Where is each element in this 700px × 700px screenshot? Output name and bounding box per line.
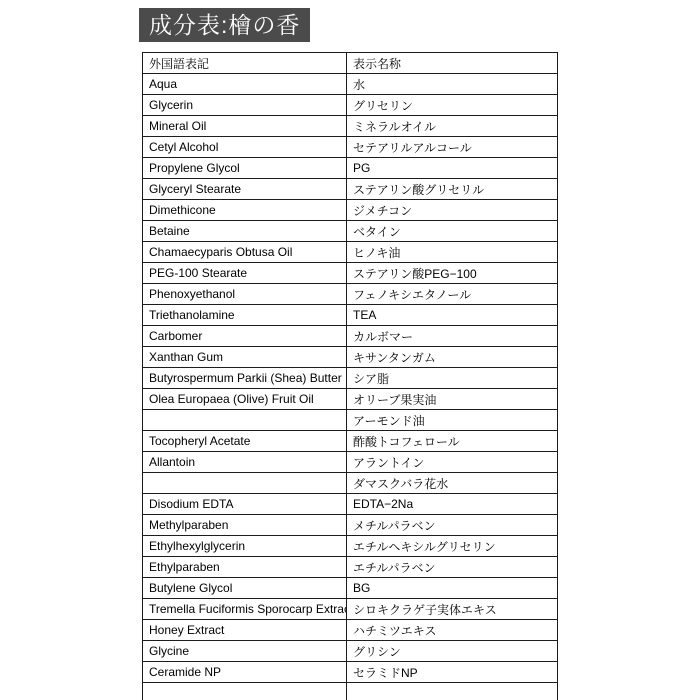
display-name-cell: アラントイン (347, 452, 558, 473)
display-name-cell: ステアリン酸PEG−100 (347, 263, 558, 284)
table-row: Dimethiconeジメチコン (143, 200, 558, 221)
table-row: Allantoinアラントイン (143, 452, 558, 473)
display-name-cell: フェノキシエタノール (347, 284, 558, 305)
table-row: Butyrospermum Parkii (Shea) Butterシア脂 (143, 368, 558, 389)
table-row: Aqua水 (143, 74, 558, 95)
foreign-name-cell: Glyceryl Stearate (143, 179, 347, 200)
foreign-name-cell: Ethylhexylglycerin (143, 536, 347, 557)
table-row: Honey Extractハチミツエキス (143, 620, 558, 641)
table-row: Ethylparabenエチルパラベン (143, 557, 558, 578)
table-row: Tremella Fuciformis Sporocarp Extractシロキ… (143, 599, 558, 620)
display-name-cell: カルボマー (347, 326, 558, 347)
table-row: アーモンド油 (143, 410, 558, 431)
display-name-cell: ハチミツエキス (347, 620, 558, 641)
foreign-name-cell: Xanthan Gum (143, 347, 347, 368)
display-name-cell: シア脂 (347, 368, 558, 389)
display-name-cell: メチルパラベン (347, 515, 558, 536)
table-row: Ceramide NPセラミドNP (143, 662, 558, 683)
table-row: Chamaecyparis Obtusa Oilヒノキ油 (143, 242, 558, 263)
foreign-name-cell: Betaine (143, 221, 347, 242)
foreign-name-cell: Honey Extract (143, 620, 347, 641)
foreign-name-cell: Ceramide NP (143, 662, 347, 683)
table-row: Propylene GlycolPG (143, 158, 558, 179)
foreign-name-cell (143, 683, 347, 700)
display-name-cell: ダマスクバラ花水 (347, 473, 558, 494)
display-name-cell: 酢酸トコフェロール (347, 431, 558, 452)
table-row: PEG-100 Stearateステアリン酸PEG−100 (143, 263, 558, 284)
foreign-name-cell (143, 410, 347, 431)
display-name-cell: エチルヘキシルグリセリン (347, 536, 558, 557)
display-name-cell: 水 (347, 74, 558, 95)
display-name-cell: ヒノキ油 (347, 242, 558, 263)
table-header-row: 外国語表記 表示名称 (143, 53, 558, 74)
table-row: Glycerinグリセリン (143, 95, 558, 116)
foreign-name-cell: Ethylparaben (143, 557, 347, 578)
table-row: Disodium EDTAEDTA−2Na (143, 494, 558, 515)
table-row: Methylparabenメチルパラベン (143, 515, 558, 536)
table-row: Tocopheryl Acetate酢酸トコフェロール (143, 431, 558, 452)
foreign-name-cell: Phenoxyethanol (143, 284, 347, 305)
foreign-name-cell: Propylene Glycol (143, 158, 347, 179)
display-name-cell: EDTA−2Na (347, 494, 558, 515)
foreign-name-cell: Olea Europaea (Olive) Fruit Oil (143, 389, 347, 410)
foreign-name-cell: Butyrospermum Parkii (Shea) Butter (143, 368, 347, 389)
display-name-cell: PG (347, 158, 558, 179)
display-name-cell: ジメチコン (347, 200, 558, 221)
display-name-cell: セテアリルアルコール (347, 137, 558, 158)
foreign-name-cell: Glycerin (143, 95, 347, 116)
table-row-partial (143, 683, 558, 700)
table-row: Olea Europaea (Olive) Fruit Oilオリーブ果実油 (143, 389, 558, 410)
display-name-cell: キサンタンガム (347, 347, 558, 368)
foreign-name-cell: Butylene Glycol (143, 578, 347, 599)
column-header-display-name: 表示名称 (347, 53, 558, 74)
foreign-name-cell: Chamaecyparis Obtusa Oil (143, 242, 347, 263)
ingredient-table: 外国語表記 表示名称 Aqua水GlycerinグリセリンMineral Oil… (142, 52, 558, 700)
foreign-name-cell: Glycine (143, 641, 347, 662)
table-row: Ethylhexylglycerinエチルヘキシルグリセリン (143, 536, 558, 557)
foreign-name-cell: Mineral Oil (143, 116, 347, 137)
foreign-name-cell: Allantoin (143, 452, 347, 473)
display-name-cell: グリセリン (347, 95, 558, 116)
foreign-name-cell: Disodium EDTA (143, 494, 347, 515)
foreign-name-cell: PEG-100 Stearate (143, 263, 347, 284)
table-row: Betaineベタイン (143, 221, 558, 242)
table-row: Glycineグリシン (143, 641, 558, 662)
foreign-name-cell: Dimethicone (143, 200, 347, 221)
display-name-cell: シロキクラゲ子実体エキス (347, 599, 558, 620)
display-name-cell: グリシン (347, 641, 558, 662)
display-name-cell: ミネラルオイル (347, 116, 558, 137)
display-name-cell (347, 683, 558, 700)
table-row: Xanthan Gumキサンタンガム (143, 347, 558, 368)
foreign-name-cell: Tocopheryl Acetate (143, 431, 347, 452)
ingredient-table-body: Aqua水GlycerinグリセリンMineral OilミネラルオイルCety… (143, 74, 558, 700)
display-name-cell: エチルパラベン (347, 557, 558, 578)
foreign-name-cell: Methylparaben (143, 515, 347, 536)
display-name-cell: アーモンド油 (347, 410, 558, 431)
table-row: ダマスクバラ花水 (143, 473, 558, 494)
display-name-cell: BG (347, 578, 558, 599)
table-row: Butylene GlycolBG (143, 578, 558, 599)
display-name-cell: オリーブ果実油 (347, 389, 558, 410)
display-name-cell: ベタイン (347, 221, 558, 242)
foreign-name-cell: Tremella Fuciformis Sporocarp Extract (143, 599, 347, 620)
table-row: TriethanolamineTEA (143, 305, 558, 326)
page-title: 成分表:檜の香 (139, 8, 310, 42)
table-row: Mineral Oilミネラルオイル (143, 116, 558, 137)
foreign-name-cell: Triethanolamine (143, 305, 347, 326)
display-name-cell: TEA (347, 305, 558, 326)
display-name-cell: ステアリン酸グリセリル (347, 179, 558, 200)
table-row: Cetyl Alcoholセテアリルアルコール (143, 137, 558, 158)
foreign-name-cell: Carbomer (143, 326, 347, 347)
table-row: Glyceryl Stearateステアリン酸グリセリル (143, 179, 558, 200)
table-row: Phenoxyethanolフェノキシエタノール (143, 284, 558, 305)
foreign-name-cell: Aqua (143, 74, 347, 95)
foreign-name-cell: Cetyl Alcohol (143, 137, 347, 158)
foreign-name-cell (143, 473, 347, 494)
display-name-cell: セラミドNP (347, 662, 558, 683)
table-row: Carbomerカルボマー (143, 326, 558, 347)
column-header-foreign-name: 外国語表記 (143, 53, 347, 74)
